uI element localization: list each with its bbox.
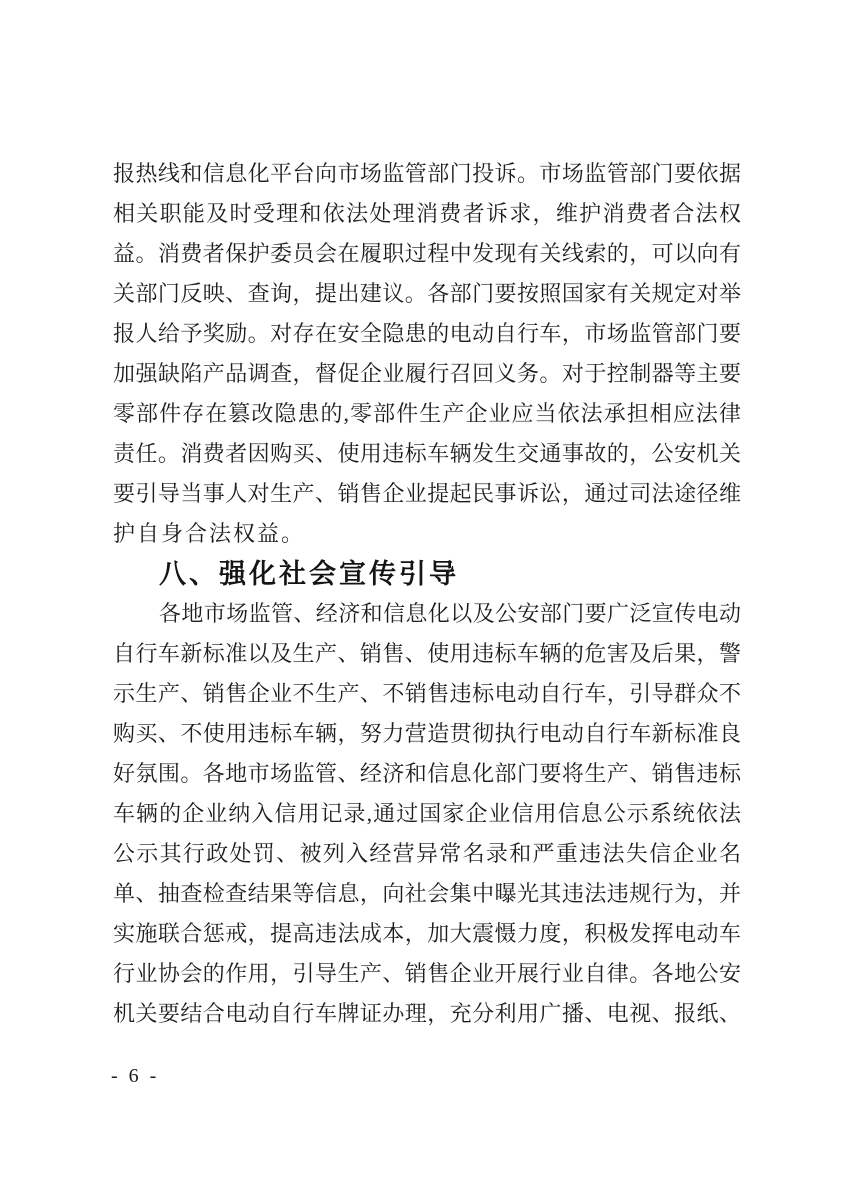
body-line: 要引导当事人对生产、销售企业提起民事诉讼，通过司法途径维 (113, 474, 741, 514)
section-heading: 八、强化社会宣传引导 (113, 554, 741, 594)
body-line: 实施联合惩戒，提高违法成本，加大震慑力度，积极发挥电动车 (113, 914, 741, 954)
body-line: 示生产、销售企业不生产、不销售违标电动自行车，引导群众不 (113, 674, 741, 714)
body-line: 好氛围。各地市场监管、经济和信息化部门要将生产、销售违标 (113, 754, 741, 794)
body-line: 零部件存在篡改隐患的,零部件生产企业应当依法承担相应法律 (113, 394, 741, 434)
body-line: 关部门反映、查询，提出建议。各部门要按照国家有关规定对举 (113, 274, 741, 314)
body-line: 益。消费者保护委员会在履职过程中发现有关线索的，可以向有 (113, 234, 741, 274)
body-line: 加强缺陷产品调查，督促企业履行召回义务。对于控制器等主要 (113, 354, 741, 394)
document-text-block: 报热线和信息化平台向市场监管部门投诉。市场监管部门要依据 相关职能及时受理和依法… (113, 154, 741, 1034)
document-page: 报热线和信息化平台向市场监管部门投诉。市场监管部门要依据 相关职能及时受理和依法… (0, 0, 849, 1200)
body-line: 自行车新标准以及生产、销售、使用违标车辆的危害及后果，警 (113, 634, 741, 674)
body-line: 单、抽查检查结果等信息，向社会集中曝光其违法违规行为，并 (113, 874, 741, 914)
page-number: - 6 - (111, 1062, 159, 1090)
body-line: 车辆的企业纳入信用记录,通过国家企业信用信息公示系统依法 (113, 794, 741, 834)
body-line: 机关要结合电动自行车牌证办理，充分利用广播、电视、报纸、 (113, 994, 741, 1034)
body-line: 报热线和信息化平台向市场监管部门投诉。市场监管部门要依据 (113, 154, 741, 194)
body-line: 护自身合法权益。 (113, 514, 741, 554)
body-line: 各地市场监管、经济和信息化以及公安部门要广泛宣传电动 (113, 594, 741, 634)
body-line: 相关职能及时受理和依法处理消费者诉求，维护消费者合法权 (113, 194, 741, 234)
body-line: 报人给予奖励。对存在安全隐患的电动自行车，市场监管部门要 (113, 314, 741, 354)
body-line: 行业协会的作用，引导生产、销售企业开展行业自律。各地公安 (113, 954, 741, 994)
body-line: 责任。消费者因购买、使用违标车辆发生交通事故的，公安机关 (113, 434, 741, 474)
body-line: 购买、不使用违标车辆，努力营造贯彻执行电动自行车新标准良 (113, 714, 741, 754)
body-line: 公示其行政处罚、被列入经营异常名录和严重违法失信企业名 (113, 834, 741, 874)
